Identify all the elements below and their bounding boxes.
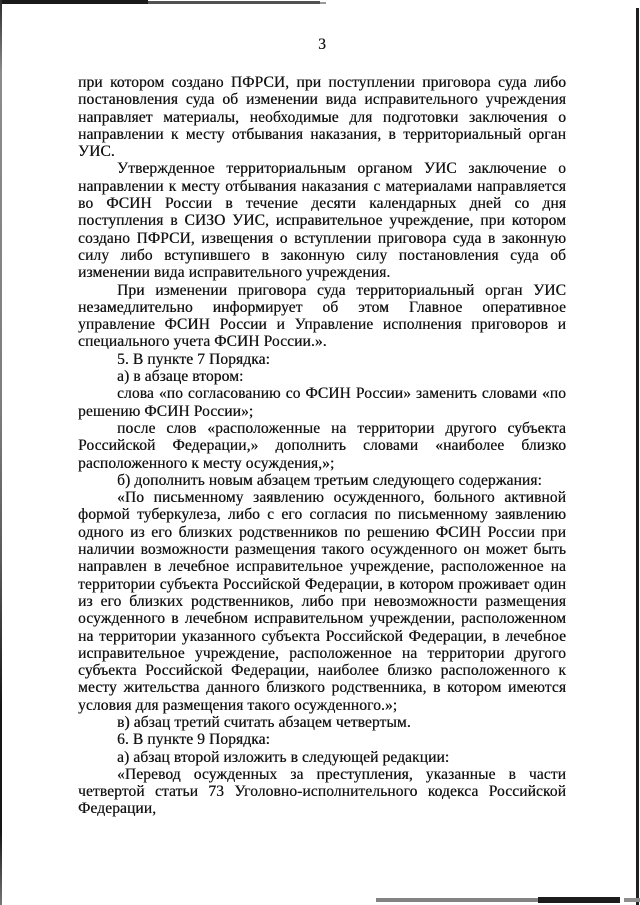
paragraph-subitem-a2: а) абзац второй изложить в следующей ред… <box>78 749 566 766</box>
scan-edge-right <box>636 8 639 905</box>
paragraph-subitem-b: б) дополнить новым абзацем третьим следу… <box>78 472 566 489</box>
scan-edge-bottom-light <box>624 898 640 902</box>
paragraph: При изменении приговора суда территориал… <box>78 282 566 351</box>
scan-edge-top <box>0 0 148 4</box>
scan-edge-top-light <box>320 2 326 4</box>
paragraph: «По письменному заявлению осужденного, б… <box>78 489 566 714</box>
paragraph-item-5: 5. В пункте 7 Порядка: <box>78 351 566 368</box>
paragraph: после слов «расположенные на территории … <box>78 420 566 472</box>
paragraph: «Перевод осужденных за преступления, ука… <box>78 766 566 818</box>
paragraph-item-6: 6. В пункте 9 Порядка: <box>78 731 566 748</box>
scan-edge-left <box>0 0 2 905</box>
paragraph-continuation: при котором создано ПФРСИ, при поступлен… <box>78 74 566 160</box>
paragraph: слова «по согласованию со ФСИН России» з… <box>78 385 566 420</box>
scan-edge-bottom <box>376 898 538 902</box>
paragraph: Утвержденное территориальным органом УИС… <box>78 160 566 281</box>
page-number: 3 <box>78 36 566 53</box>
page-content: 3 при котором создано ПФРСИ, при поступл… <box>78 36 566 818</box>
scan-edge-bottom-dark <box>538 897 620 903</box>
paragraph-subitem-v: в) абзац третий считать абзацем четверты… <box>78 714 566 731</box>
scanned-document-page: 3 при котором создано ПФРСИ, при поступл… <box>0 0 640 905</box>
scan-edge-top-gray <box>148 1 320 4</box>
paragraph-subitem-a: а) в абзаце втором: <box>78 368 566 385</box>
